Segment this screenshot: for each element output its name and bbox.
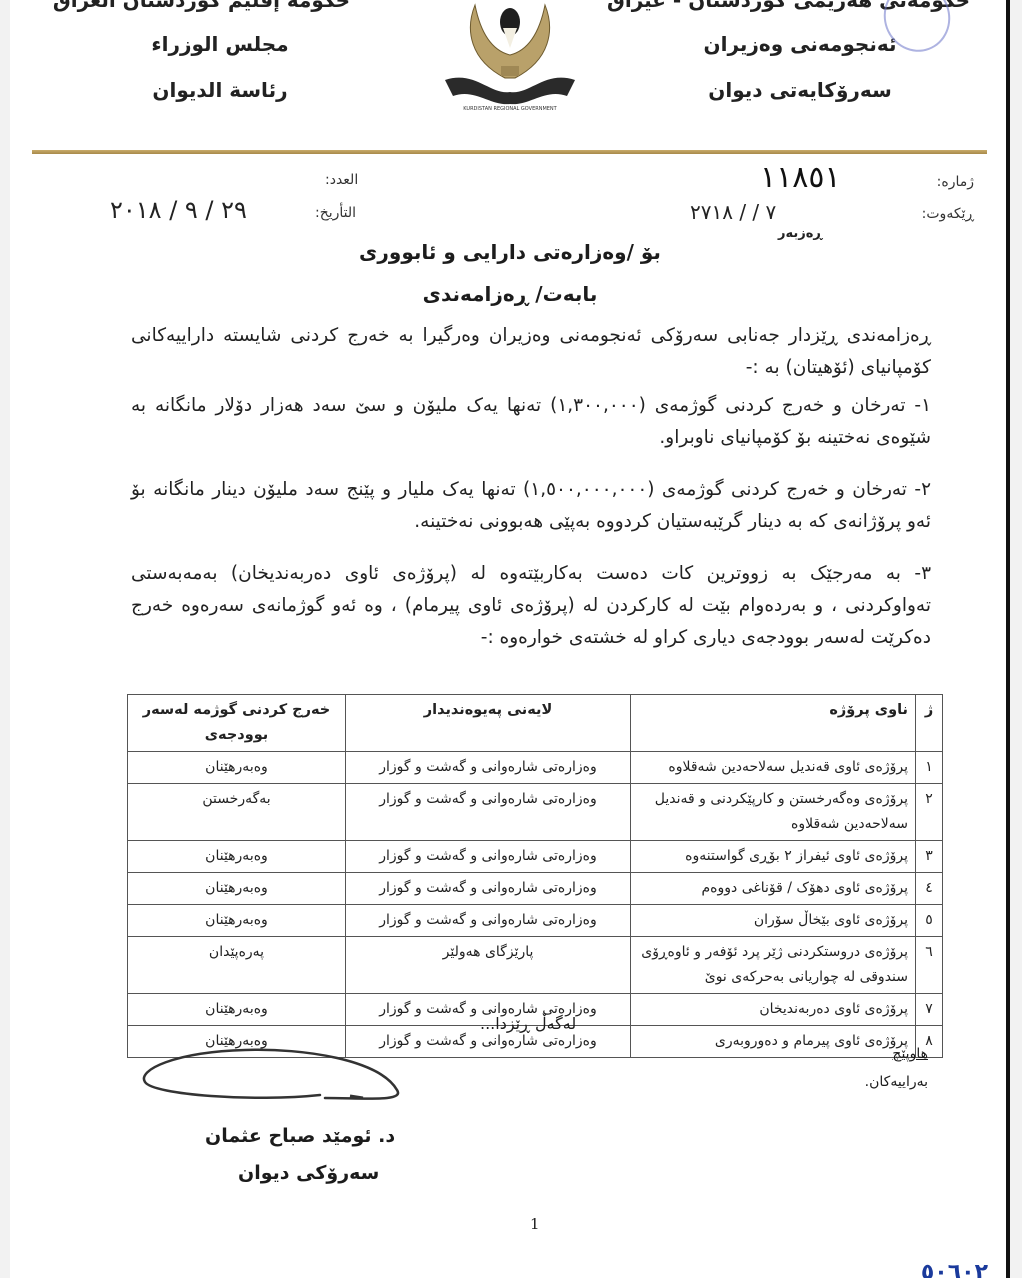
- cell-num: ٤: [916, 873, 943, 905]
- cell-spending: وەبەرهێنان: [128, 873, 346, 905]
- projects-table: ژ ناوی پرۆژە لایەنی پەیوەندیدار خەرج کرد…: [127, 694, 943, 1058]
- cell-project: پرۆژەی ئاوی قەندیل سەلاحەدین شەقلاوە: [631, 752, 916, 784]
- cell-project: پرۆژەی ئاوی پیرمام و دەوروبەری: [631, 1026, 916, 1058]
- date-label-ku: ڕێکەوت:: [922, 206, 974, 222]
- cell-project: پرۆژەی ئاوی ئیفراز ٢ بۆڕی گواستنەوە: [631, 841, 916, 873]
- cell-project: پرۆژەی ئاوی دەربەندیخان: [631, 994, 916, 1026]
- table-header-row: ژ ناوی پرۆژە لایەنی پەیوەندیدار خەرج کرد…: [128, 695, 943, 752]
- cell-project: پرۆژەی ئاوی دهۆک / قۆناغی دووەم: [631, 873, 916, 905]
- col-header-spending: خەرج کردنی گوژمە لەسەر بوودجەی: [128, 695, 346, 752]
- body-item-1: ١- تەرخان و خەرج کردنی گوژمەی (١,٣٠٠,٠٠٠…: [131, 390, 931, 454]
- addressee: بۆ /وەزارەتی دارایی و ئابووری: [10, 240, 1010, 264]
- cell-party: پارێزگای هەولێر: [346, 937, 631, 994]
- cell-party: وەزارەتی شارەوانی و گەشت و گوزار: [346, 752, 631, 784]
- closing-remark: لەگەڵ ڕێزدا...: [480, 1014, 576, 1033]
- signatory-name: د. ئومێد صباح عثمان: [205, 1125, 395, 1147]
- cell-party: وەزارەتی شارەوانی و گەشت و گوزار: [346, 784, 631, 841]
- cell-project: پرۆژەی ئاوی بێخاڵ سۆران: [631, 905, 916, 937]
- cc-value: بەراییەکان.: [865, 1074, 928, 1090]
- header-left-line-3: رئاسة الديوان: [90, 78, 350, 102]
- cell-spending: وەبەرهێنان: [128, 994, 346, 1026]
- header-left-line-2: مجلس الوزراء: [90, 32, 350, 56]
- table-row: ٣ پرۆژەی ئاوی ئیفراز ٢ بۆڕی گواستنەوە وە…: [128, 841, 943, 873]
- header-left-line-1: حكومة إقليم كوردستان العراق: [90, 0, 350, 12]
- table-row: ٥ پرۆژەی ئاوی بێخاڵ سۆران وەزارەتی شارەو…: [128, 905, 943, 937]
- table-row: ١ پرۆژەی ئاوی قەندیل سەلاحەدین شەقلاوە و…: [128, 752, 943, 784]
- cell-spending: وەبەرهێنان: [128, 905, 346, 937]
- page-number: 1: [530, 1215, 540, 1233]
- table-row: ٤ پرۆژەی ئاوی دهۆک / قۆناغی دووەم وەزارە…: [128, 873, 943, 905]
- cell-num: ٢: [916, 784, 943, 841]
- cc-label: هاوپێچ: [892, 1046, 928, 1062]
- header-right-line-3: سەرۆکایەتی دیوان: [670, 78, 930, 102]
- cell-party: وەزارەتی شارەوانی و گەشت و گوزار: [346, 841, 631, 873]
- col-header-party: لایەنی پەیوەندیدار: [346, 695, 631, 752]
- number-value: ١١٨٥١: [760, 160, 841, 195]
- cell-num: ٥: [916, 905, 943, 937]
- body-item-2: ٢- تەرخان و خەرج کردنی گوژمەی (١,٥٠٠,٠٠٠…: [131, 474, 931, 538]
- date-value-ku: ٧ / / ٢٧١٨: [690, 200, 776, 224]
- table-row: ٦ پرۆژەی دروستکردنی ژێر پرد ئۆفەر و ئاوە…: [128, 937, 943, 994]
- signature-scribble: [135, 1040, 435, 1114]
- cell-party: وەزارەتی شارەوانی و گەشت و گوزار: [346, 873, 631, 905]
- cell-num: ٦: [916, 937, 943, 994]
- subject: بابەت/ ڕەزامەندی: [10, 282, 1010, 306]
- svg-text:KURDISTAN REGIONAL GOVERNMENT: KURDISTAN REGIONAL GOVERNMENT: [463, 106, 557, 112]
- body-item-3: ٣- بە مەرجێک بە زووترین کات دەست بەکاربێ…: [131, 558, 931, 654]
- cell-spending: پەرەپێدان: [128, 937, 346, 994]
- bottom-handwritten-note: ٥٠٦٠٢: [921, 1260, 988, 1278]
- cell-num: ١: [916, 752, 943, 784]
- krg-emblem-icon: KURDISTAN REGIONAL GOVERNMENT: [435, 0, 585, 112]
- col-header-num: ژ: [916, 695, 943, 752]
- cell-spending: بەگەرخستن: [128, 784, 346, 841]
- date-value-ar: ٢٩ / ٩ / ٢٠١٨: [110, 196, 247, 224]
- cell-num: ٧: [916, 994, 943, 1026]
- number-label-ar: العدد:: [325, 172, 358, 188]
- number-label-ku: ژمارە:: [937, 174, 974, 190]
- cell-spending: وەبەرهێنان: [128, 841, 346, 873]
- body-intro: ڕەزامەندی ڕێزدار جەنابی سەرۆکی ئەنجومەنی…: [131, 320, 931, 384]
- cell-spending: وەبەرهێنان: [128, 752, 346, 784]
- table-row: ٢ پرۆژەی وەگەرخستن و کارپێکردنی و قەندیل…: [128, 784, 943, 841]
- date-label-ar: التأريخ:: [315, 205, 356, 221]
- cell-project: پرۆژەی دروستکردنی ژێر پرد ئۆفەر و ئاوەڕۆ…: [631, 937, 916, 994]
- cell-num: ٣: [916, 841, 943, 873]
- signatory-title: سەرۆکی دیوان: [238, 1162, 379, 1184]
- cell-project: پرۆژەی وەگەرخستن و کارپێکردنی و قەندیل س…: [631, 784, 916, 841]
- date-month-ku: ڕەزبەر: [778, 226, 822, 241]
- header-divider: [32, 150, 987, 154]
- document-page: حكومة إقليم كوردستان العراق مجلس الوزراء…: [10, 0, 1010, 1278]
- cell-party: وەزارەتی شارەوانی و گەشت و گوزار: [346, 905, 631, 937]
- col-header-project: ناوی پرۆژە: [631, 695, 916, 752]
